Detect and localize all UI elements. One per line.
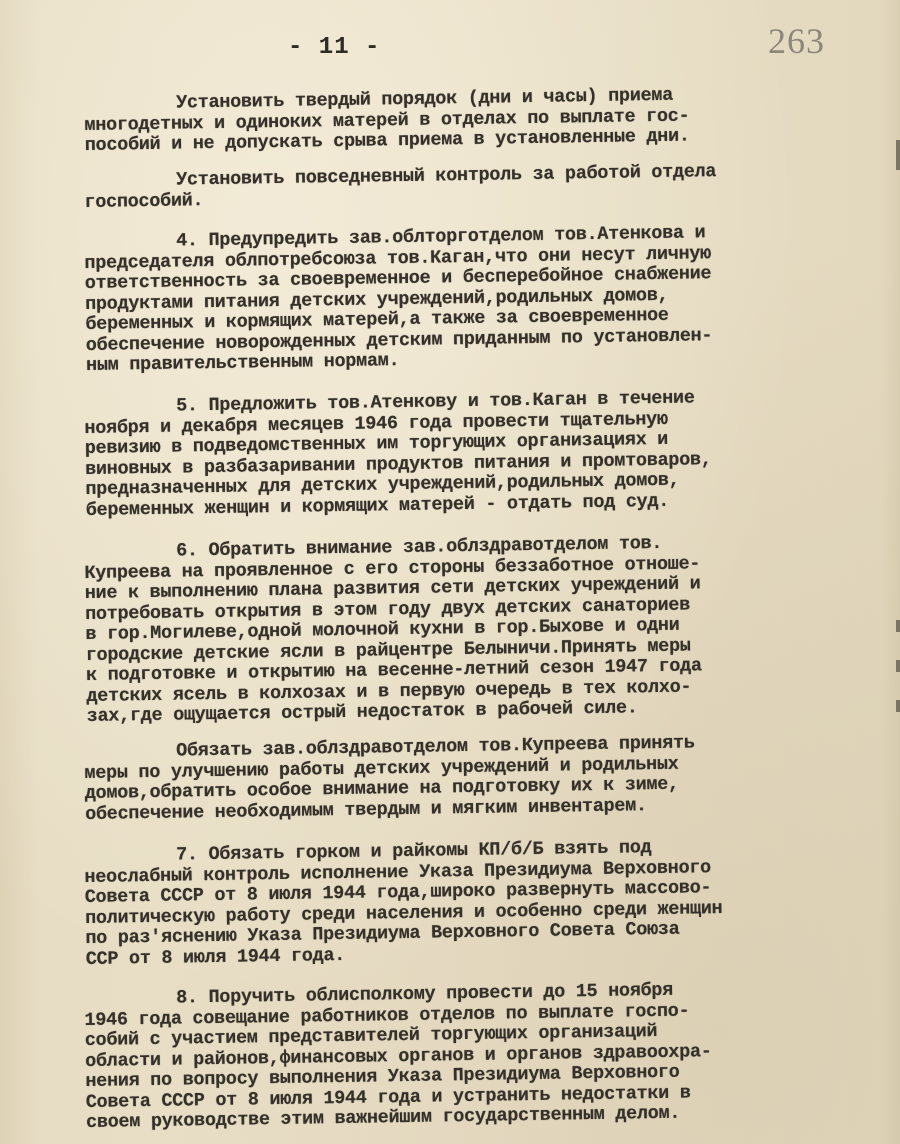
paragraph-item-4: 4. Предупредить зав.облторготделом тов.А… (84, 220, 886, 376)
archive-sheet-number: 263 (768, 20, 825, 62)
margin-mark (896, 660, 900, 672)
paragraph-item-5: 5. Предложить тов.Атенкову и тов.Каган в… (84, 385, 886, 521)
page-number: - 11 - (288, 34, 380, 61)
paragraph-item-6b: Обязать зав.облздравотделом тов.Купреева… (84, 730, 885, 825)
margin-mark (896, 700, 900, 712)
document-body: Установить твердый порядок (дни и часы) … (84, 95, 884, 1144)
paragraph-item-6: 6. Обратить внимание зав.облздравотделом… (84, 530, 887, 727)
paragraph-item-8: 8. Поручить облисполкому провести до 15 … (84, 977, 886, 1133)
paragraph-daily-control: Установить повседневный контроль за рабо… (84, 159, 885, 213)
paragraph-item-7: 7. Обязать горком и райкомы КП/б/Б взять… (84, 834, 886, 970)
paragraph-fixed-order: Установить твердый порядок (дни и часы) … (84, 82, 885, 156)
document-page: - 11 - 263 Установить твердый порядок (д… (0, 0, 900, 1144)
margin-mark (896, 620, 900, 632)
margin-mark (896, 140, 900, 170)
